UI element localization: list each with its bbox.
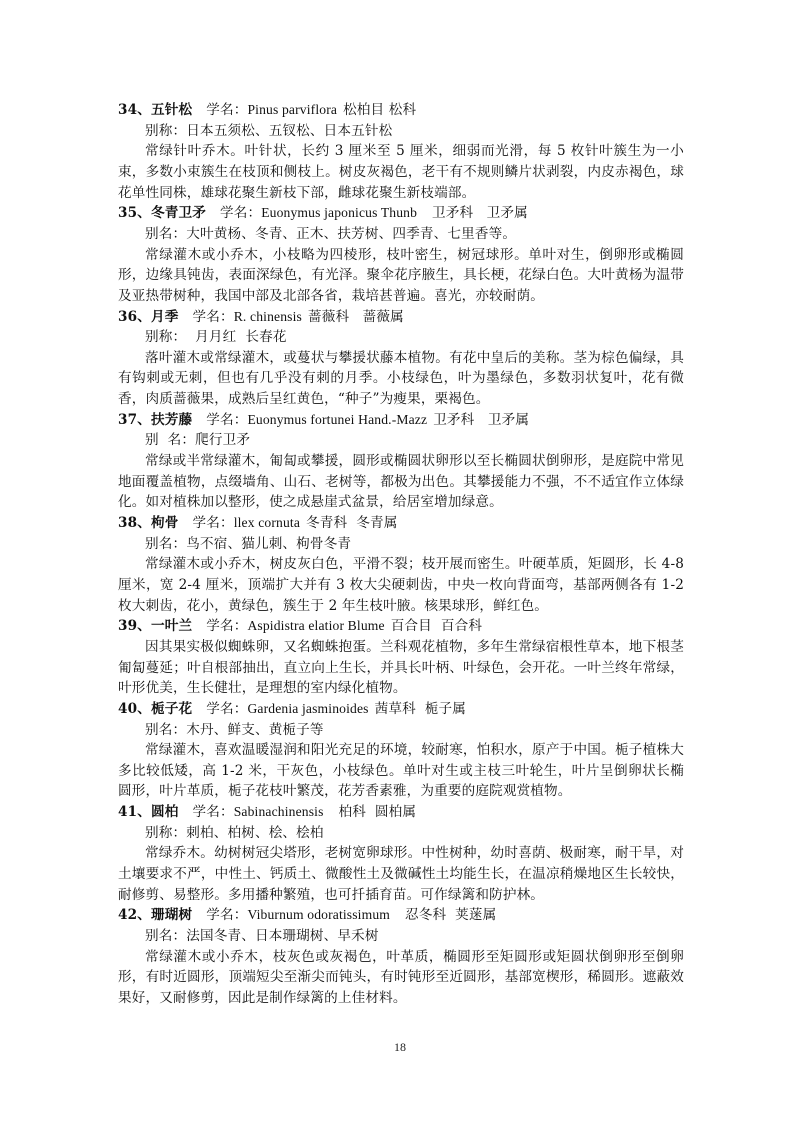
scientific-name: Sabinachinensis — [234, 804, 324, 819]
alias-line: 别 名：爬行卫矛 — [118, 430, 684, 451]
plant-entry-34: 34、五针松学名：Pinus parviflora松柏目 松科 别称：日本五须松… — [118, 100, 684, 203]
description: 常绿针叶乔木。叶针状，长约 3 厘米至 5 厘米，细弱而光滑，每 5 枚针叶簇生… — [118, 141, 684, 203]
alias-line: 别名：鸟不宿、猫儿刺、枸骨冬青 — [118, 534, 684, 555]
common-name: 五针松 — [151, 102, 192, 118]
entry-number: 40、 — [118, 701, 151, 717]
entry-number: 42、 — [118, 907, 151, 923]
plant-entry-36: 36、月季学名：R. chinensis蔷薇科 蔷薇属 别称： 月月红 长春花 … — [118, 307, 684, 410]
entry-heading: 42、珊瑚树学名：Viburnum odoratissimum 忍冬科 荚蒾属 — [118, 905, 684, 926]
entry-number: 37、 — [118, 412, 151, 428]
scientific-name-label: 学名： — [206, 412, 247, 428]
scientific-name: Viburnum odoratissimum — [247, 907, 390, 922]
entry-heading: 41、圆柏学名：Sabinachinensis 柏科 圆柏属 — [118, 802, 684, 823]
description: 因其果实极似蜘蛛卵，又名蜘蛛抱蛋。兰科观花植物，多年生常绿宿根性草本，地下根茎匍… — [118, 637, 684, 699]
plant-entry-42: 42、珊瑚树学名：Viburnum odoratissimum 忍冬科 荚蒾属 … — [118, 905, 684, 1008]
alias-line: 别名：木丹、鲜支、黄栀子等 — [118, 720, 684, 741]
entry-number: 34、 — [118, 102, 151, 118]
common-name: 冬青卫矛 — [151, 205, 206, 221]
plant-entry-37: 37、扶芳藤学名：Euonymus fortunei Hand.-Mazz卫矛科… — [118, 410, 684, 513]
scientific-name-label: 学名： — [192, 309, 233, 325]
entry-number: 36、 — [118, 309, 151, 325]
description: 落叶灌木或常绿灌木，或蔓状与攀援状藤本植物。有花中皇后的美称。茎为棕色偏绿，具有… — [118, 348, 684, 410]
description: 常绿灌木，喜欢温暖湿润和阳光充足的环境，较耐寒，怕积水，原产于中国。栀子植株大多… — [118, 740, 684, 802]
alias-line: 别称：刺柏、柏树、桧、桧柏 — [118, 823, 684, 844]
scientific-name-label: 学名： — [206, 907, 247, 923]
scientific-name: Gardenia jasminoides — [247, 701, 368, 716]
page-number: 18 — [0, 1040, 800, 1055]
entry-number: 38、 — [118, 515, 151, 531]
scientific-name-label: 学名： — [192, 515, 233, 531]
scientific-name-label: 学名： — [192, 804, 233, 820]
common-name: 扶芳藤 — [151, 412, 192, 428]
scientific-name-label: 学名： — [220, 205, 261, 221]
description: 常绿灌木或小乔木，小枝略为四棱形，枝叶密生，树冠球形。单叶对生，倒卵形或椭圆形，… — [118, 245, 684, 307]
common-name: 栀子花 — [151, 701, 192, 717]
scientific-name: llex cornuta — [234, 515, 300, 530]
entry-number: 41、 — [118, 804, 151, 820]
scientific-name-label: 学名： — [206, 618, 247, 634]
taxonomy: 卫矛科 卫矛属 — [433, 412, 529, 428]
entry-number: 35、 — [118, 205, 151, 221]
taxonomy: 茜草科 栀子属 — [375, 701, 466, 717]
common-name: 月季 — [151, 309, 179, 325]
scientific-name: Euonymus fortunei Hand.-Mazz — [247, 412, 427, 427]
alias-line: 别名：大叶黄杨、冬青、正木、扶芳树、四季青、七里香等。 — [118, 224, 684, 245]
entry-heading: 36、月季学名：R. chinensis蔷薇科 蔷薇属 — [118, 307, 684, 328]
plant-entry-35: 35、冬青卫矛学名：Euonymus japonicus Thunb 卫矛科 卫… — [118, 203, 684, 306]
document-page: 34、五针松学名：Pinus parviflora松柏目 松科 别称：日本五须松… — [118, 100, 684, 1009]
entry-heading: 38、枸骨学名：llex cornuta冬青科 冬青属 — [118, 513, 684, 534]
entry-heading: 34、五针松学名：Pinus parviflora松柏目 松科 — [118, 100, 684, 121]
taxonomy: 蔷薇科 蔷薇属 — [308, 309, 404, 325]
alias-line: 别称： 月月红 长春花 — [118, 327, 684, 348]
scientific-name-label: 学名： — [206, 701, 247, 717]
entry-heading: 40、栀子花学名：Gardenia jasminoides茜草科 栀子属 — [118, 699, 684, 720]
common-name: 珊瑚树 — [151, 907, 192, 923]
plant-entry-39: 39、一叶兰学名：Aspidistra elatior Blume百合目 百合科… — [118, 616, 684, 699]
taxonomy: 百合目 百合科 — [391, 618, 482, 634]
scientific-name: Euonymus japonicus Thunb — [261, 205, 417, 220]
scientific-name: Aspidistra elatior Blume — [247, 618, 384, 633]
plant-entry-40: 40、栀子花学名：Gardenia jasminoides茜草科 栀子属 别名：… — [118, 699, 684, 802]
taxonomy: 冬青科 冬青属 — [306, 515, 397, 531]
taxonomy: 卫矛科 卫矛属 — [423, 205, 528, 221]
description: 常绿或半常绿灌木，匍匐或攀援，圆形或椭圆状卵形以至长椭圆状倒卵形，是庭院中常见地… — [118, 451, 684, 513]
plant-entry-41: 41、圆柏学名：Sabinachinensis 柏科 圆柏属 别称：刺柏、柏树、… — [118, 802, 684, 905]
scientific-name: Pinus parviflora — [247, 102, 337, 117]
description: 常绿灌木或小乔木，枝灰色或灰褐色，叶革质，椭圆形至矩圆形或矩圆状倒卵形至倒卵形，… — [118, 947, 684, 1009]
taxonomy: 忍冬科 荚蒾属 — [396, 907, 496, 923]
description: 常绿灌木或小乔木，树皮灰白色，平滑不裂；枝开展而密生。叶硬革质，矩圆形，长 4-… — [118, 554, 684, 616]
description: 常绿乔木。幼树树冠尖塔形，老树宽卵球形。中性树种，幼时喜荫、极耐寒，耐干旱，对土… — [118, 843, 684, 905]
entry-number: 39、 — [118, 618, 151, 634]
alias-line: 别名：法国冬青、日本珊瑚树、早禾树 — [118, 926, 684, 947]
plant-entry-38: 38、枸骨学名：llex cornuta冬青科 冬青属 别名：鸟不宿、猫儿刺、枸… — [118, 513, 684, 616]
taxonomy: 松柏目 松科 — [343, 102, 416, 118]
entry-heading: 35、冬青卫矛学名：Euonymus japonicus Thunb 卫矛科 卫… — [118, 203, 684, 224]
alias-line: 别称：日本五须松、五钗松、日本五针松 — [118, 121, 684, 142]
scientific-name-label: 学名： — [206, 102, 247, 118]
common-name: 一叶兰 — [151, 618, 192, 634]
taxonomy: 柏科 圆柏属 — [330, 804, 417, 820]
common-name: 枸骨 — [151, 515, 179, 531]
common-name: 圆柏 — [151, 804, 179, 820]
entry-heading: 37、扶芳藤学名：Euonymus fortunei Hand.-Mazz卫矛科… — [118, 410, 684, 431]
entry-heading: 39、一叶兰学名：Aspidistra elatior Blume百合目 百合科 — [118, 616, 684, 637]
scientific-name: R. chinensis — [234, 309, 302, 324]
